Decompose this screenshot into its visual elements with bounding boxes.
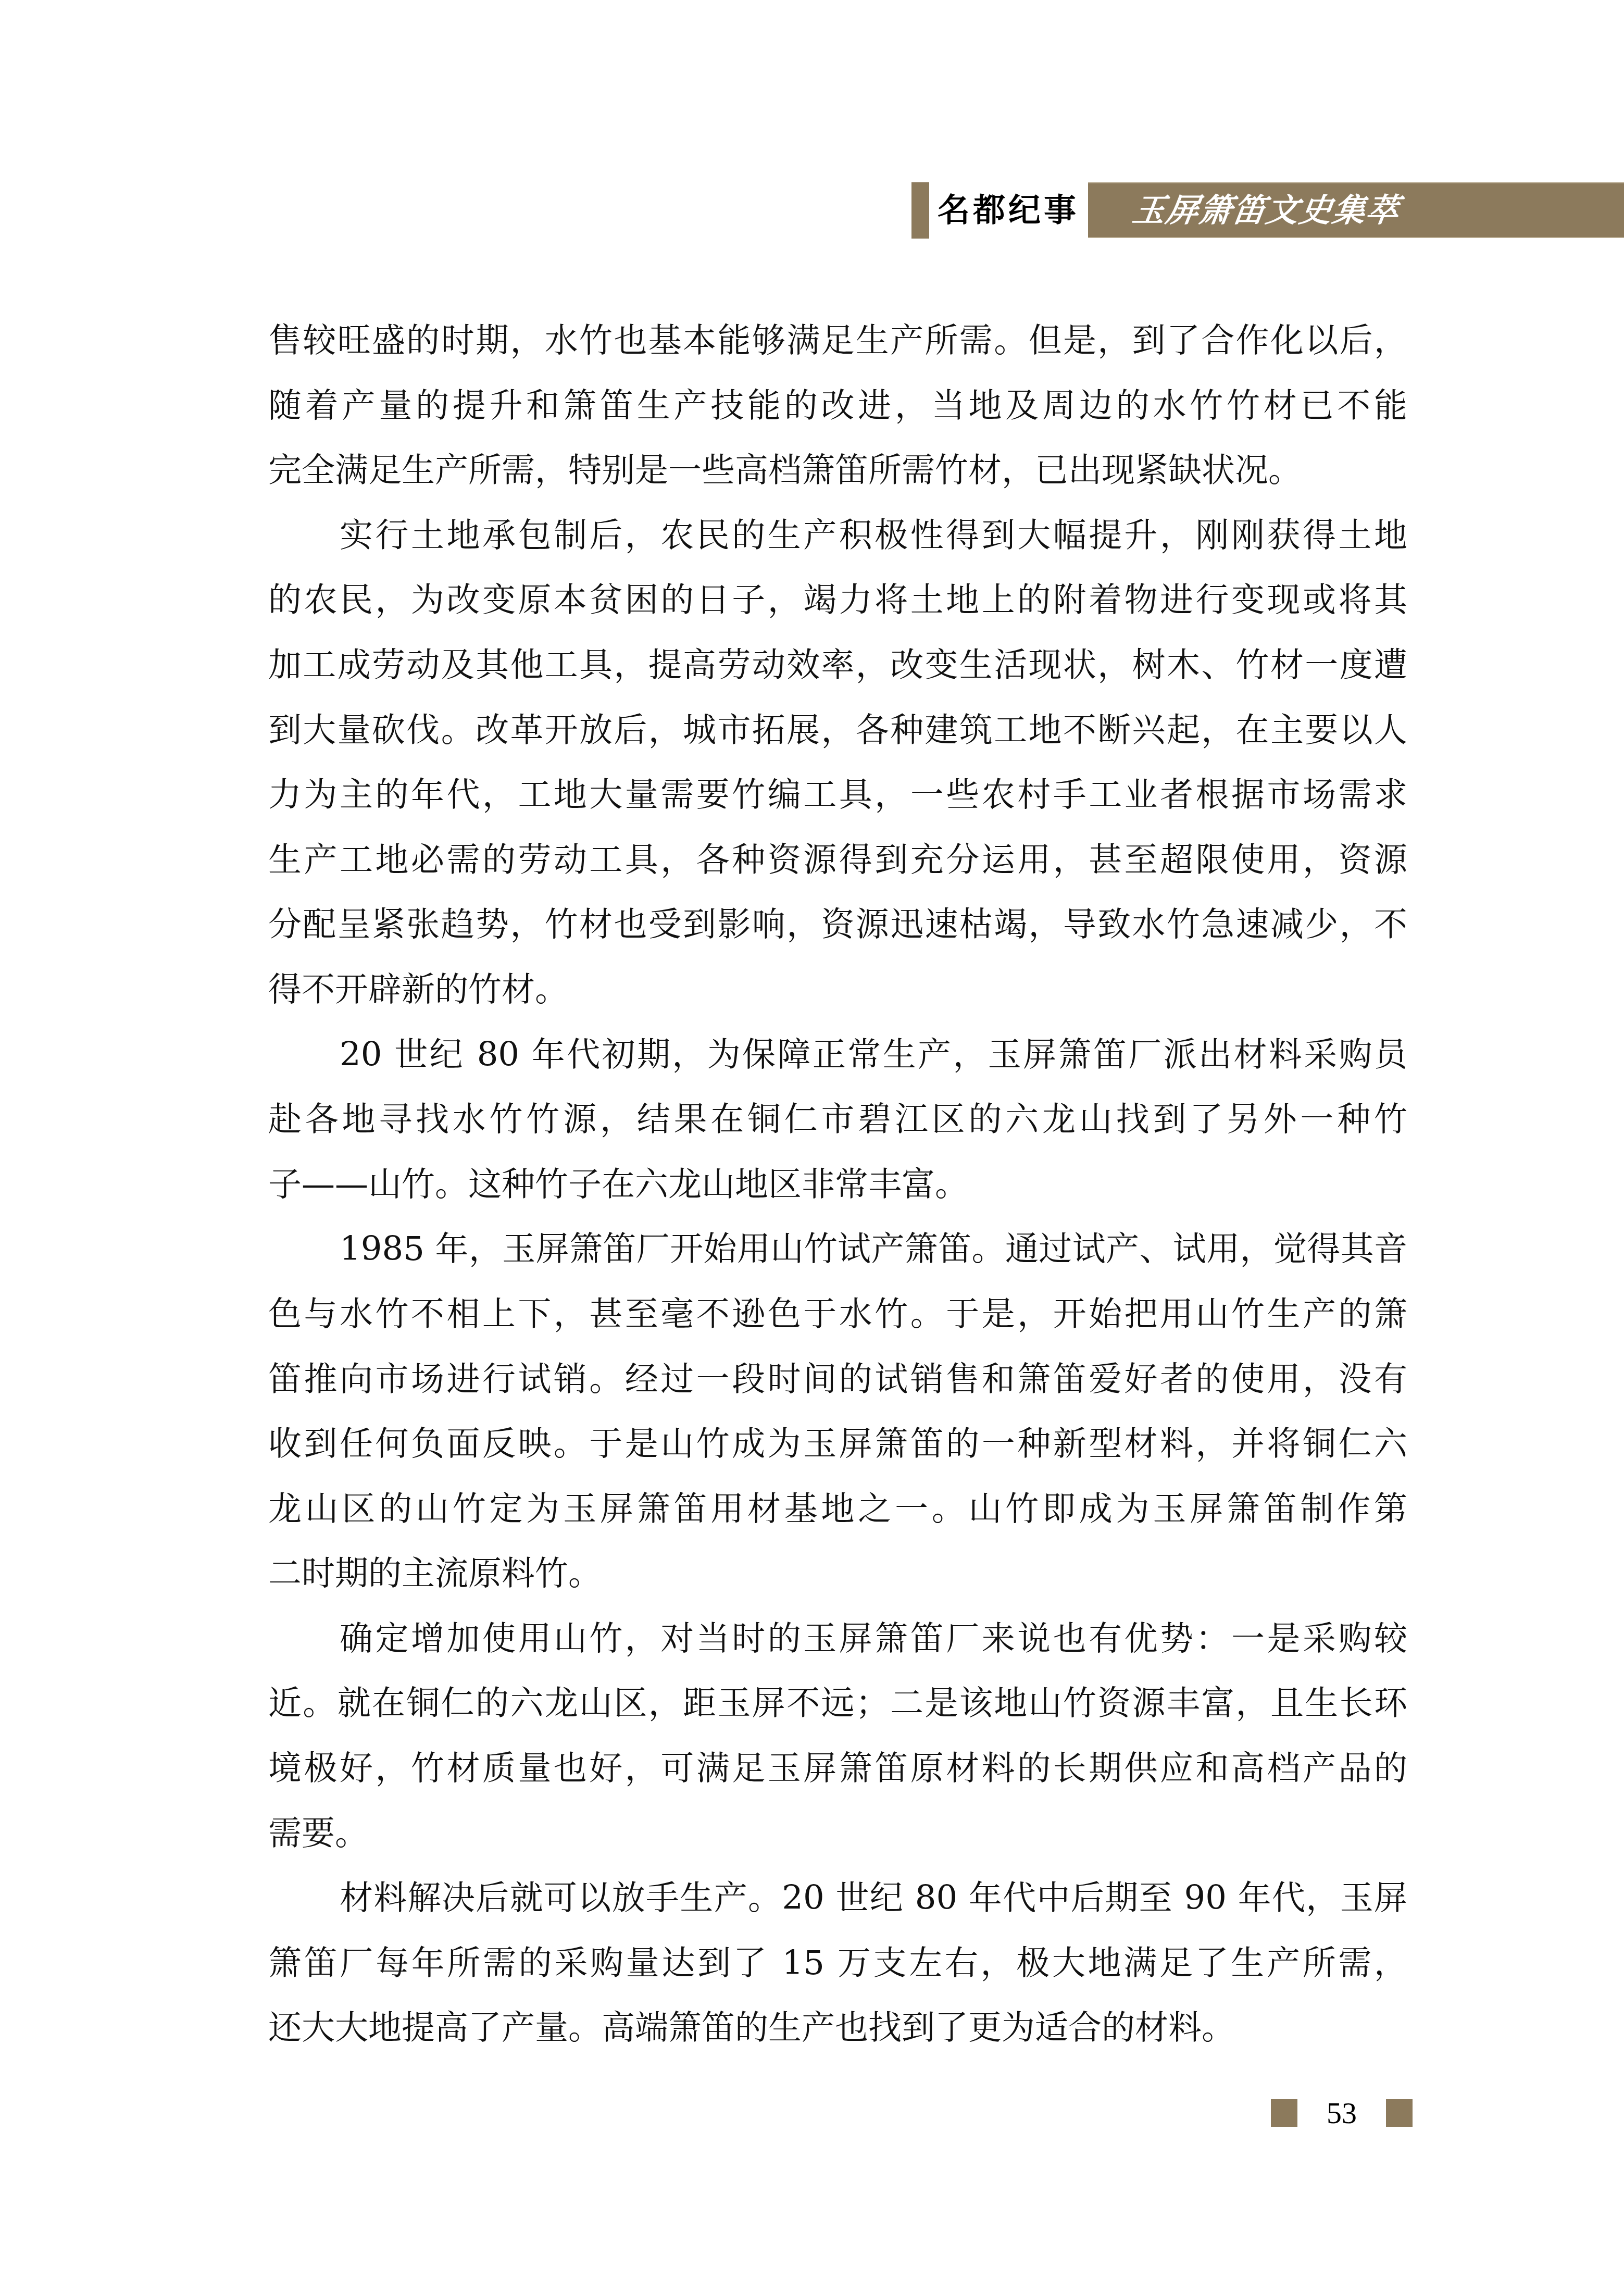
text-line: 分配呈紧张趋势，竹材也受到影响，资源迅速枯竭，导致水竹急速减少，不 (268, 899, 1407, 964)
text-line: 二时期的主流原料竹。 (268, 1548, 1407, 1613)
text-line: 随着产量的提升和箫笛生产技能的改进，当地及周边的水竹竹材已不能 (268, 380, 1407, 445)
section-title: 名都纪事 (938, 190, 1079, 231)
paragraph-start-line: 1985 年，玉屏箫笛厂开始用山竹试产箫笛。通过试产、试用，觉得其音 (268, 1223, 1407, 1288)
text-line: 力为主的年代，工地大量需要竹编工具，一些农村手工业者根据市场需求 (268, 769, 1407, 834)
book-title-calligraphy: 玉屏箫笛文史集萃 (1130, 191, 1403, 230)
text-line: 需要。 (268, 1807, 1407, 1873)
text-line: 到大量砍伐。改革开放后，城市拓展，各种建筑工地不断兴起，在主要以人 (268, 704, 1407, 769)
text-line: 近。就在铜仁的六龙山区，距玉屏不远；二是该地山竹资源丰富，且生长环 (268, 1677, 1407, 1742)
text-line: 境极好，竹材质量也好，可满足玉屏箫笛原材料的长期供应和高档产品的 (268, 1742, 1407, 1807)
text-line: 的农民，为改变原本贫困的日子，竭力将土地上的附着物进行变现或将其 (268, 574, 1407, 639)
text-line: 收到任何负面反映。于是山竹成为玉屏箫笛的一种新型材料，并将铜仁六 (268, 1418, 1407, 1483)
text-line: 龙山区的山竹定为玉屏箫笛用材基地之一。山竹即成为玉屏箫笛制作第 (268, 1483, 1407, 1548)
text-line: 子——山竹。这种竹子在六龙山地区非常丰富。 (268, 1158, 1407, 1224)
text-line: 得不开辟新的竹材。 (268, 964, 1407, 1029)
text-line: 完全满足生产所需，特别是一些高档箫笛所需竹材，已出现紧缺状况。 (268, 444, 1407, 509)
text-line: 加工成劳动及其他工具，提高劳动效率，改变生活现状，树木、竹材一度遭 (268, 639, 1407, 704)
header-accent-bar (911, 182, 929, 239)
text-line: 生产工地必需的劳动工具，各种资源得到充分运用，甚至超限使用，资源 (268, 834, 1407, 899)
text-line: 还大大地提高了产量。高端箫笛的生产也找到了更为适合的材料。 (268, 2002, 1407, 2067)
text-line: 赴各地寻找水竹竹源，结果在铜仁市碧江区的六龙山找到了另外一种竹 (268, 1093, 1407, 1158)
book-title-band: 玉屏箫笛文史集萃 (1088, 182, 1624, 238)
page-marker-square-right (1386, 2099, 1413, 2127)
page-number: 53 (1297, 2096, 1386, 2130)
text-line: 笛推向市场进行试销。经过一段时间的试销售和箫笛爱好者的使用，没有 (268, 1353, 1407, 1418)
text-line: 箫笛厂每年所需的采购量达到了 15 万支左右，极大地满足了生产所需， (268, 1937, 1407, 2002)
paragraph-start-line: 20 世纪 80 年代初期，为保障正常生产，玉屏箫笛厂派出材料采购员 (268, 1029, 1407, 1094)
body-text: 售较旺盛的时期，水竹也基本能够满足生产所需。但是，到了合作化以后， 随着产量的提… (268, 315, 1407, 2067)
paragraph-start-line: 材料解决后就可以放手生产。20 世纪 80 年代中后期至 90 年代，玉屏 (268, 1872, 1407, 1937)
text-line: 色与水竹不相上下，甚至毫不逊色于水竹。于是，开始把用山竹生产的箫 (268, 1288, 1407, 1353)
page-footer: 53 (1271, 2099, 1413, 2127)
text-line: 售较旺盛的时期，水竹也基本能够满足生产所需。但是，到了合作化以后， (268, 315, 1407, 380)
paragraph-start-line: 实行土地承包制后，农民的生产积极性得到大幅提升，刚刚获得土地 (268, 509, 1407, 575)
paragraph-start-line: 确定增加使用山竹，对当时的玉屏箫笛厂来说也有优势：一是采购较 (268, 1613, 1407, 1678)
running-header: 名都纪事 玉屏箫笛文史集萃 (911, 182, 1624, 239)
page-marker-square-left (1271, 2099, 1297, 2127)
